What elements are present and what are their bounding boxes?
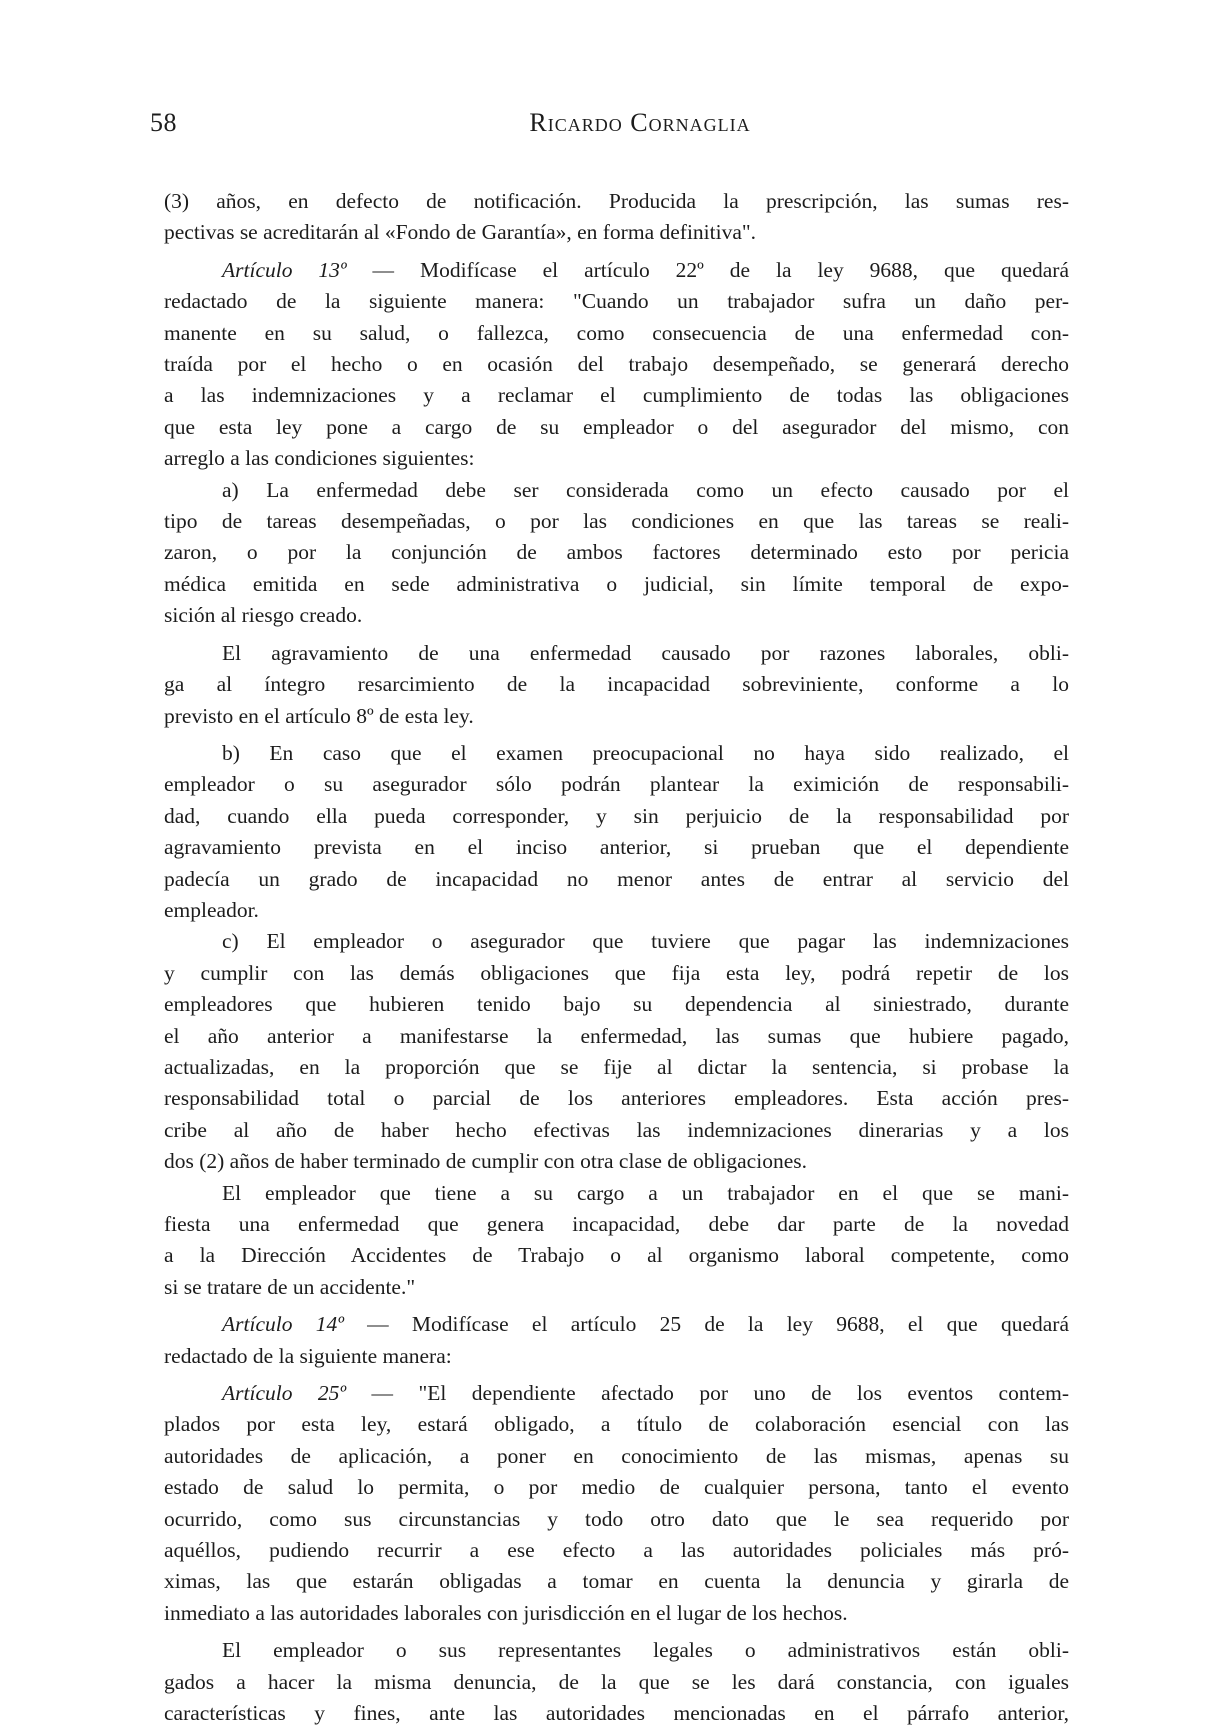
text-line: características y fines, ante las autori…	[164, 1698, 1069, 1729]
text-line: El agravamiento de una enfermedad causad…	[164, 638, 1069, 669]
paragraph-article-13: Artículo 13º — Modifícase el artículo 22…	[164, 255, 1069, 475]
text-line: arreglo a las condiciones siguientes:	[164, 443, 1069, 474]
text-line: inmediato a las autoridades laborales co…	[164, 1598, 1069, 1629]
text-line: estado de salud lo permita, o por medio …	[164, 1472, 1069, 1503]
paragraph-continuation: (3) años, en defecto de notificación. Pr…	[164, 186, 1069, 249]
text-line: que esta ley pone a cargo de su empleado…	[164, 412, 1069, 443]
paragraph-agravamiento: El agravamiento de una enfermedad causad…	[164, 638, 1069, 732]
paragraph-item-a: a) La enfermedad debe ser considerada co…	[164, 475, 1069, 632]
text-line: zaron, o por la conjunción de ambos fact…	[164, 537, 1069, 568]
text-line: padecía un grado de incapacidad no menor…	[164, 864, 1069, 895]
text-run: — Modifícase el artículo 22º de la ley 9…	[347, 258, 1069, 282]
text-line: cribe al año de haber hecho efectivas la…	[164, 1115, 1069, 1146]
text-line: a) La enfermedad debe ser considerada co…	[164, 475, 1069, 506]
text-run: — Modifícase el artículo 25 de la ley 96…	[344, 1312, 1069, 1336]
body-text: (3) años, en defecto de notificación. Pr…	[164, 186, 1069, 1730]
paragraph-item-b: b) En caso que el examen preocupacional …	[164, 738, 1069, 926]
text-line: ocurrido, como sus circunstancias y todo…	[164, 1504, 1069, 1535]
text-line: y cumplir con las demás obligaciones que…	[164, 958, 1069, 989]
text-line: tipo de tareas desempeñadas, o por las c…	[164, 506, 1069, 537]
text-line: gados a hacer la misma denuncia, de la q…	[164, 1667, 1069, 1698]
text-line: a la Dirección Accidentes de Trabajo o a…	[164, 1240, 1069, 1271]
paragraph-representantes: El empleador o sus representantes legale…	[164, 1635, 1069, 1729]
text-line: empleadores que hubieren tenido bajo su …	[164, 989, 1069, 1020]
text-line: autoridades de aplicación, a poner en co…	[164, 1441, 1069, 1472]
text-line: traída por el hecho o en ocasión del tra…	[164, 349, 1069, 380]
text-line: pectivas se acreditarán al «Fondo de Gar…	[164, 217, 1069, 248]
text-line: Artículo 25º — "El dependiente afectado …	[164, 1378, 1069, 1409]
article-label: Artículo 13º	[222, 258, 347, 282]
text-line: redactado de la siguiente manera:	[164, 1341, 1069, 1372]
text-line: ximas, las que estarán obligadas a tomar…	[164, 1566, 1069, 1597]
text-line: plados por esta ley, estará obligado, a …	[164, 1409, 1069, 1440]
text-line: Artículo 14º — Modifícase el artículo 25…	[164, 1309, 1069, 1340]
text-line: aquéllos, pudiendo recurrir a ese efecto…	[164, 1535, 1069, 1566]
running-title: Ricardo Cornaglia	[150, 108, 1070, 138]
text-line: empleador o su asegurador sólo podrán pl…	[164, 769, 1069, 800]
text-line: a las indemnizaciones y a reclamar el cu…	[164, 380, 1069, 411]
text-line: El empleador que tiene a su cargo a un t…	[164, 1178, 1069, 1209]
text-line: responsabilidad total o parcial de los a…	[164, 1083, 1069, 1114]
paragraph-article-25: Artículo 25º — "El dependiente afectado …	[164, 1378, 1069, 1629]
book-page: 58 Ricardo Cornaglia (3) años, en defect…	[0, 0, 1229, 1736]
text-line: fiesta una enfermedad que genera incapac…	[164, 1209, 1069, 1240]
paragraph-article-14: Artículo 14º — Modifícase el artículo 25…	[164, 1309, 1069, 1372]
text-line: actualizadas, en la proporción que se fi…	[164, 1052, 1069, 1083]
text-line: sición al riesgo creado.	[164, 600, 1069, 631]
text-line: médica emitida en sede administrativa o …	[164, 569, 1069, 600]
article-label: Artículo 25º	[222, 1381, 346, 1405]
text-line: redactado de la siguiente manera: "Cuand…	[164, 286, 1069, 317]
text-line: dos (2) años de haber terminado de cumpl…	[164, 1146, 1069, 1177]
paragraph-empleador: El empleador que tiene a su cargo a un t…	[164, 1178, 1069, 1304]
text-line: manente en su salud, o fallezca, como co…	[164, 318, 1069, 349]
text-line: agravamiento prevista en el inciso anter…	[164, 832, 1069, 863]
running-head: 58 Ricardo Cornaglia	[150, 108, 1070, 148]
text-line: Artículo 13º — Modifícase el artículo 22…	[164, 255, 1069, 286]
text-line: empleador.	[164, 895, 1069, 926]
article-label: Artículo 14º	[222, 1312, 344, 1336]
text-line: (3) años, en defecto de notificación. Pr…	[164, 186, 1069, 217]
text-line: el año anterior a manifestarse la enferm…	[164, 1021, 1069, 1052]
text-line: previsto en el artículo 8º de esta ley.	[164, 701, 1069, 732]
text-line: si se tratare de un accidente."	[164, 1272, 1069, 1303]
text-line: ga al íntegro resarcimiento de la incapa…	[164, 669, 1069, 700]
text-line: dad, cuando ella pueda corresponder, y s…	[164, 801, 1069, 832]
paragraph-item-c: c) El empleador o asegurador que tuviere…	[164, 926, 1069, 1177]
text-run: — "El dependiente afectado por uno de lo…	[346, 1381, 1069, 1405]
text-line: b) En caso que el examen preocupacional …	[164, 738, 1069, 769]
text-line: c) El empleador o asegurador que tuviere…	[164, 926, 1069, 957]
text-line: El empleador o sus representantes legale…	[164, 1635, 1069, 1666]
